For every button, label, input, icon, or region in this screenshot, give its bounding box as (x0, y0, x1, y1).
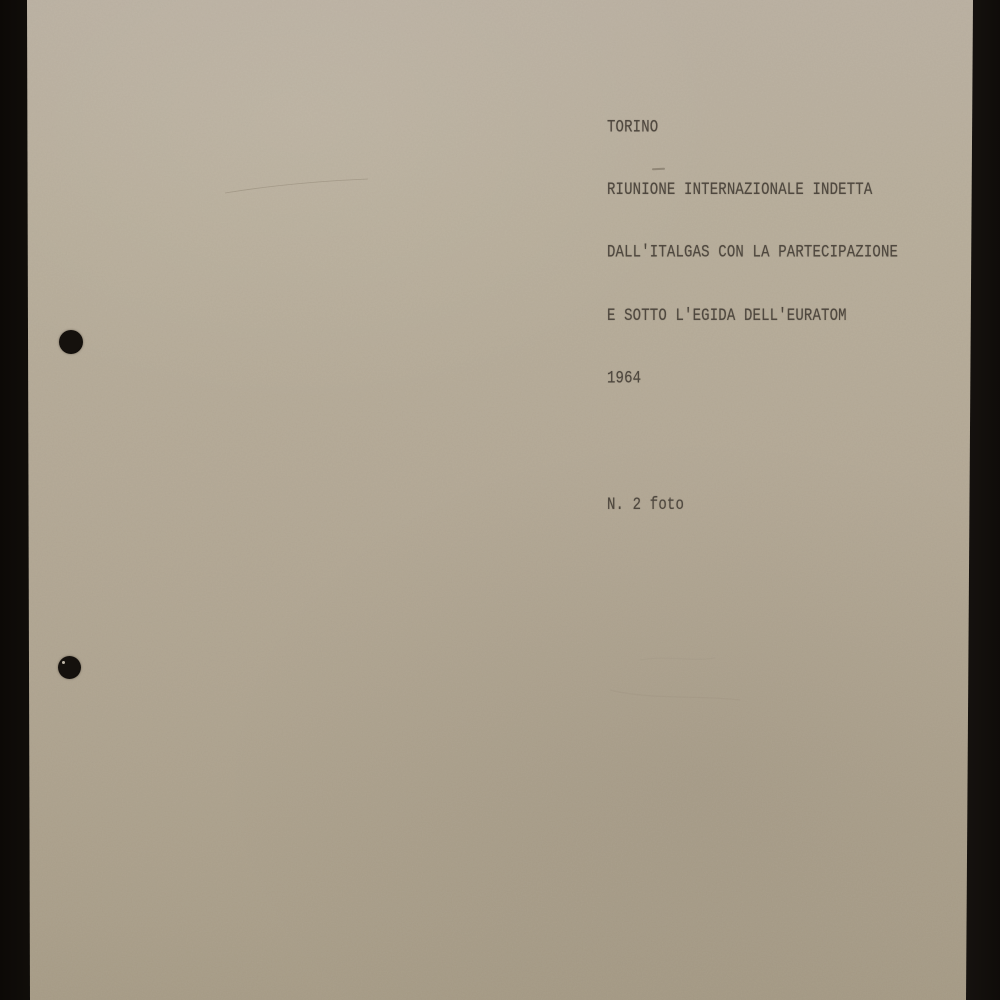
scanner-background: TORINO RIUNIONE INTERNAZIONALE INDETTA D… (0, 0, 1000, 1000)
caption-line-event-1: RIUNIONE INTERNAZIONALE INDETTA (607, 180, 898, 201)
punch-hole-glint (62, 661, 65, 664)
caption-line-year: 1964 (607, 369, 898, 390)
caption-line-event-2: DALL'ITALGAS CON LA PARTECIPAZIONE (607, 243, 898, 264)
caption-line-city: TORINO (607, 117, 898, 138)
punch-hole-bottom (58, 656, 81, 679)
typewritten-caption: TORINO RIUNIONE INTERNAZIONALE INDETTA D… (607, 75, 898, 558)
photo-count-note: N. 2 foto (607, 495, 898, 516)
punch-hole-top (59, 330, 83, 354)
caption-blank-line (607, 432, 898, 453)
paper-sheet: TORINO RIUNIONE INTERNAZIONALE INDETTA D… (0, 0, 1000, 1000)
caption-line-event-3: E SOTTO L'EGIDA DELL'EURATOM (607, 306, 898, 327)
